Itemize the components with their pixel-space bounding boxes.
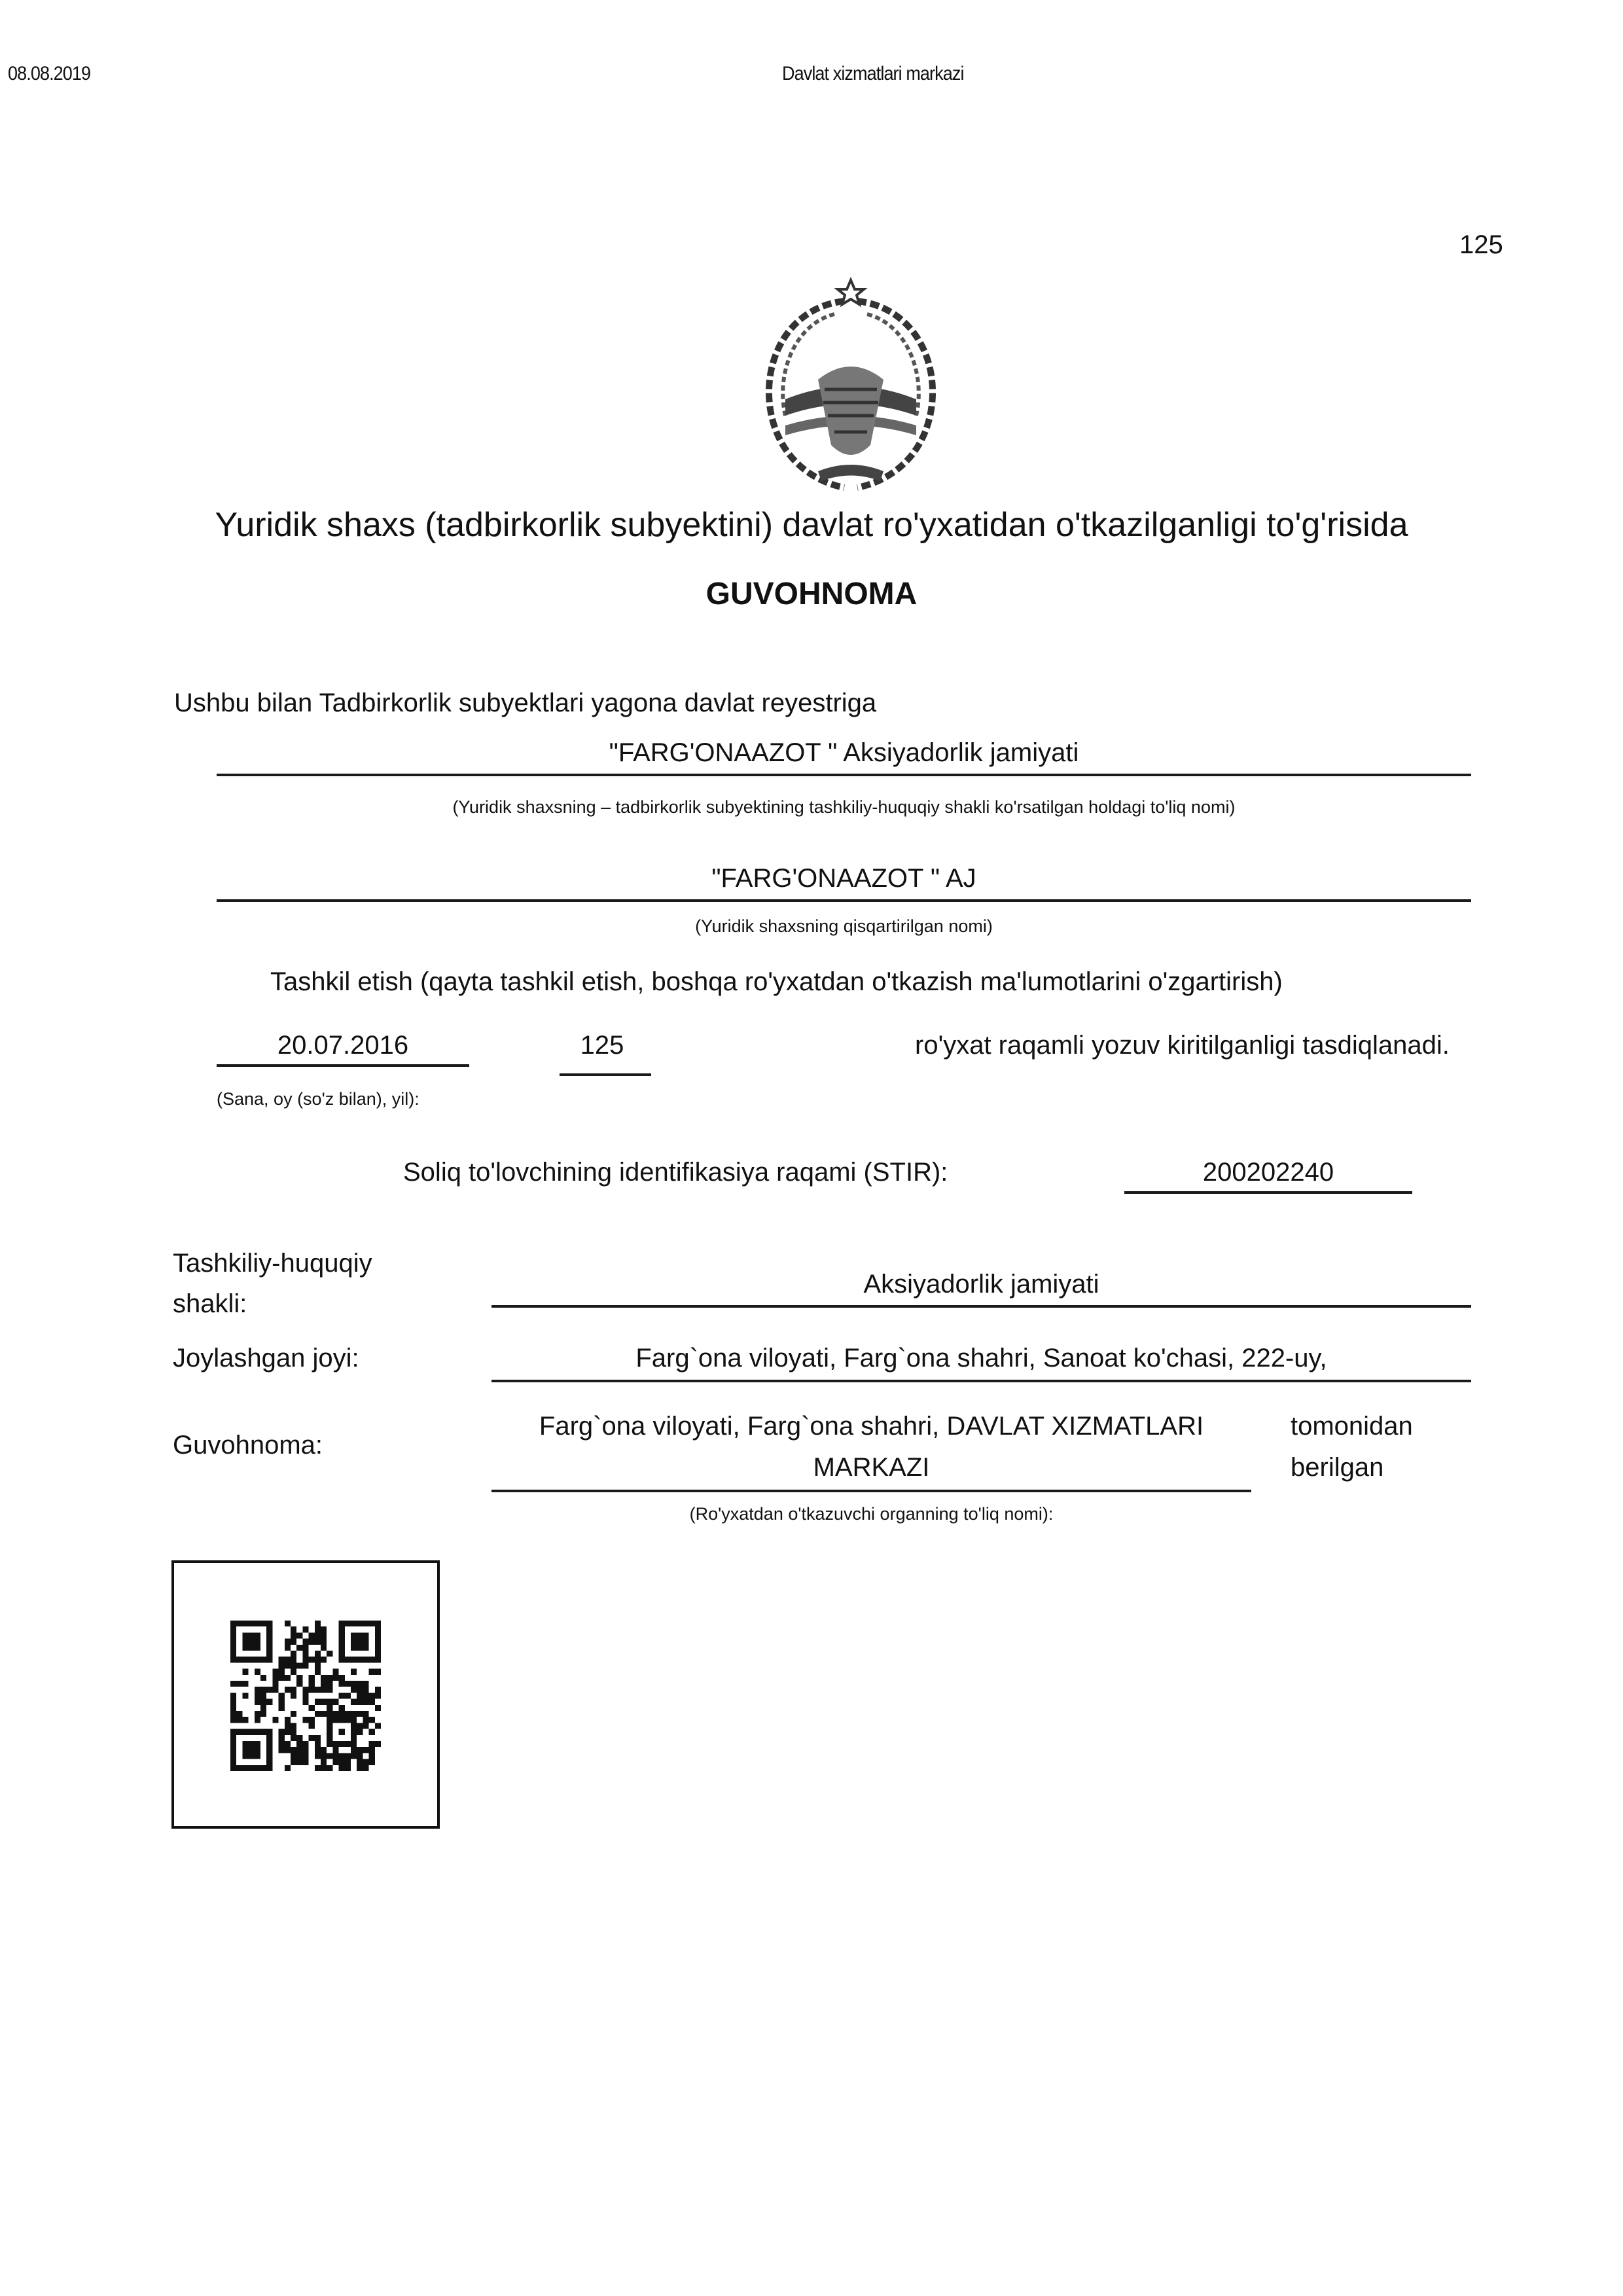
document-title: Yuridik shaxs (tadbirkorlik subyektini) … [0, 505, 1623, 545]
issuer-caption: (Ro'yxatdan o'tkazuvchi organning to'liq… [491, 1504, 1251, 1524]
tin-label: Soliq to'lovchining identifikasiya raqam… [403, 1158, 948, 1187]
location-rule [491, 1380, 1471, 1382]
qr-code-icon [230, 1621, 381, 1771]
registration-number-rule [560, 1073, 651, 1076]
state-emblem-icon [746, 275, 955, 497]
registration-confirmation: ro'yxat raqamli yozuv kiritilganligi tas… [915, 1031, 1450, 1060]
intro-text: Ushbu bilan Tadbirkorlik subyektlari yag… [174, 689, 876, 718]
full-name-rule [217, 774, 1471, 776]
page-number: 125 [1459, 230, 1503, 260]
registration-date: 20.07.2016 [217, 1031, 469, 1060]
issuer-suffix-line2: berilgan [1291, 1453, 1383, 1482]
legal-form-value: Aksiyadorlik jamiyati [491, 1270, 1471, 1299]
issuer-rule [491, 1490, 1251, 1492]
short-name-caption: (Yuridik shaxsning qisqartirilgan nomi) [217, 916, 1471, 937]
tin-value: 200202240 [1124, 1158, 1412, 1187]
legal-form-rule [491, 1305, 1471, 1308]
issuer-value-line2: MARKAZI [491, 1453, 1251, 1482]
registration-date-caption: (Sana, oy (so'z bilan), yil): [217, 1089, 419, 1109]
print-date: 08.08.2019 [8, 63, 90, 85]
location-label: Joylashgan joyi: [173, 1344, 359, 1373]
qr-code-frame [171, 1560, 440, 1829]
legal-form-label-2: shakli: [173, 1289, 247, 1319]
tin-rule [1124, 1191, 1412, 1194]
issuer-suffix-line1: tomonidan [1291, 1412, 1413, 1441]
action-text: Tashkil etish (qayta tashkil etish, bosh… [270, 967, 1283, 997]
location-value: Farg`ona viloyati, Farg`ona shahri, Sano… [491, 1344, 1471, 1373]
document-heading: GUVOHNOMA [0, 576, 1623, 612]
legal-form-label-1: Tashkiliy-huquqiy [173, 1249, 372, 1278]
issuer-label: Guvohnoma: [173, 1431, 323, 1460]
full-name-caption: (Yuridik shaxsning – tadbirkorlik subyek… [217, 797, 1471, 817]
issuer-value-line1: Farg`ona viloyati, Farg`ona shahri, DAVL… [491, 1412, 1251, 1441]
short-name-value: "FARG'ONAAZOT " AJ [217, 864, 1471, 893]
full-name-value: "FARG'ONAAZOT " Aksiyadorlik jamiyati [217, 738, 1471, 768]
registration-number: 125 [553, 1031, 651, 1060]
short-name-rule [217, 899, 1471, 902]
registration-date-rule [217, 1064, 469, 1067]
print-organization: Davlat xizmatlari markazi [782, 63, 964, 85]
